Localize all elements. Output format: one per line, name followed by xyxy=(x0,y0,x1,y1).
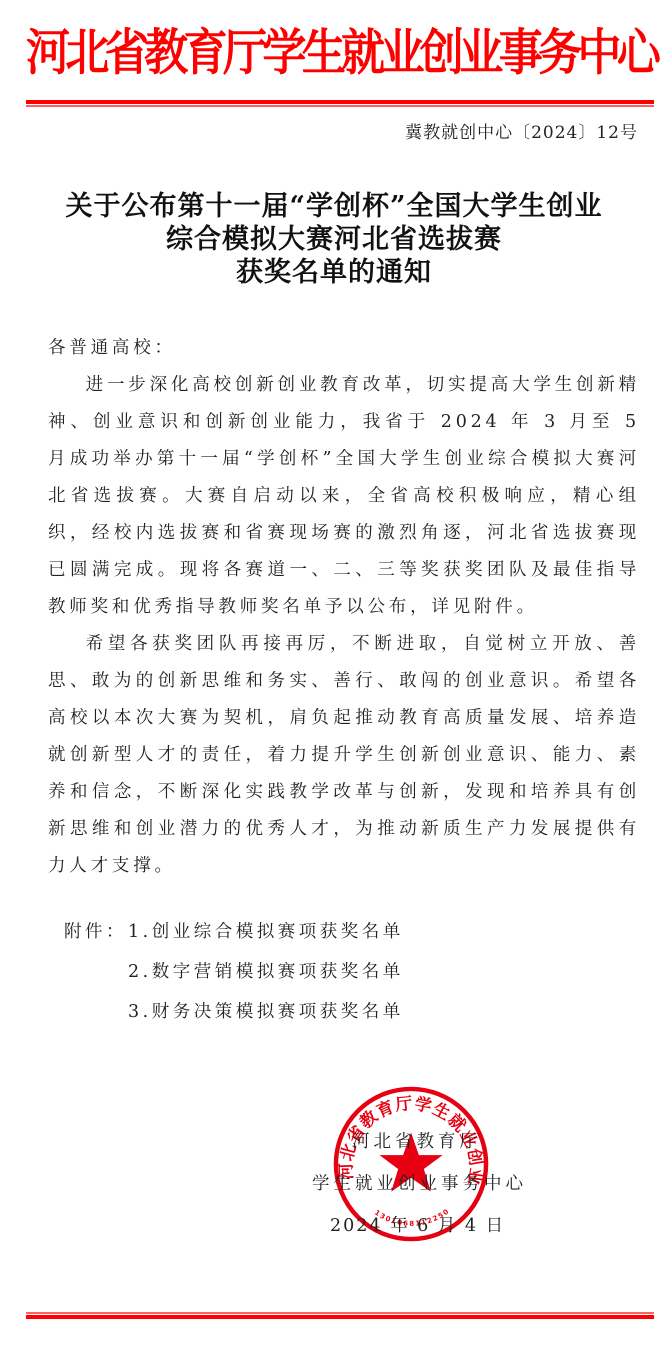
masthead-char: 北 xyxy=(65,18,104,90)
document-page: 河 北 省 教 育 厅 学 生 就 业 创 业 事 务 中 心 冀教就创中心〔2… xyxy=(0,0,668,1352)
salutation: 各普通高校： xyxy=(48,330,640,367)
signature-org-line-1: 河北省教育厅 xyxy=(352,1128,481,1153)
attachment-1: 1.创业综合模拟赛项获奖名单 xyxy=(128,912,404,952)
masthead-char: 学 xyxy=(262,18,301,90)
notice-body: 各普通高校： 进一步深化高校创新创业教育改革，切实提高大学生创新精神、创业意识和… xyxy=(48,330,640,885)
paragraph-2: 希望各获奖团队再接再厉，不断进取，自觉树立开放、善思、敢为的创新思维和务实、善行… xyxy=(48,626,640,885)
footer-divider-thick xyxy=(26,1315,654,1319)
masthead-title: 河 北 省 教 育 厅 学 生 就 业 创 业 事 务 中 心 xyxy=(26,22,656,86)
masthead-char: 就 xyxy=(341,18,380,90)
masthead-char: 育 xyxy=(184,18,223,90)
header-divider-thick xyxy=(26,100,654,104)
title-line-3: 获奖名单的通知 xyxy=(0,256,668,289)
masthead-char: 省 xyxy=(105,18,144,90)
document-number: 冀教就创中心〔2024〕12号 xyxy=(405,118,638,143)
attachment-item: 附件： 1.创业综合模拟赛项获奖名单 xyxy=(64,912,404,952)
masthead-char: 创 xyxy=(420,18,459,90)
masthead-char: 业 xyxy=(381,18,420,90)
masthead-char: 生 xyxy=(302,18,341,90)
attachment-2: 2.数字营销模拟赛项获奖名单 xyxy=(128,952,404,992)
masthead-char: 事 xyxy=(499,18,538,90)
signature-date: 2024 年 6 月 4 日 xyxy=(330,1212,505,1237)
masthead-char: 务 xyxy=(538,18,577,90)
footer-divider-thin xyxy=(26,1312,654,1314)
attachments-label: 附件： xyxy=(64,912,128,952)
masthead-char: 河 xyxy=(26,18,65,90)
notice-title: 关于公布第十一届“学创杯”全国大学生创业 综合模拟大赛河北省选拔赛 获奖名单的通… xyxy=(0,190,668,289)
masthead-char: 心 xyxy=(617,18,656,90)
title-line-2: 综合模拟大赛河北省选拔赛 xyxy=(0,223,668,256)
title-line-1: 关于公布第十一届“学创杯”全国大学生创业 xyxy=(0,190,668,223)
attachment-3: 3.财务决策模拟赛项获奖名单 xyxy=(128,992,404,1032)
masthead-char: 教 xyxy=(144,18,183,90)
attachments-spacer xyxy=(64,952,128,992)
attachments-spacer xyxy=(64,992,128,1032)
signature-org-line-2: 学生就业创业事务中心 xyxy=(312,1170,527,1195)
paragraph-1: 进一步深化高校创新创业教育改革，切实提高大学生创新精神、创业意识和创新创业能力，… xyxy=(48,367,640,626)
masthead-char: 中 xyxy=(577,18,616,90)
masthead-char: 业 xyxy=(459,18,498,90)
masthead-char: 厅 xyxy=(223,18,262,90)
attachment-item: 3.财务决策模拟赛项获奖名单 xyxy=(64,992,404,1032)
attachment-item: 2.数字营销模拟赛项获奖名单 xyxy=(64,952,404,992)
header-divider-thin xyxy=(26,105,654,107)
attachments-list: 附件： 1.创业综合模拟赛项获奖名单 2.数字营销模拟赛项获奖名单 3.财务决策… xyxy=(64,912,404,1032)
